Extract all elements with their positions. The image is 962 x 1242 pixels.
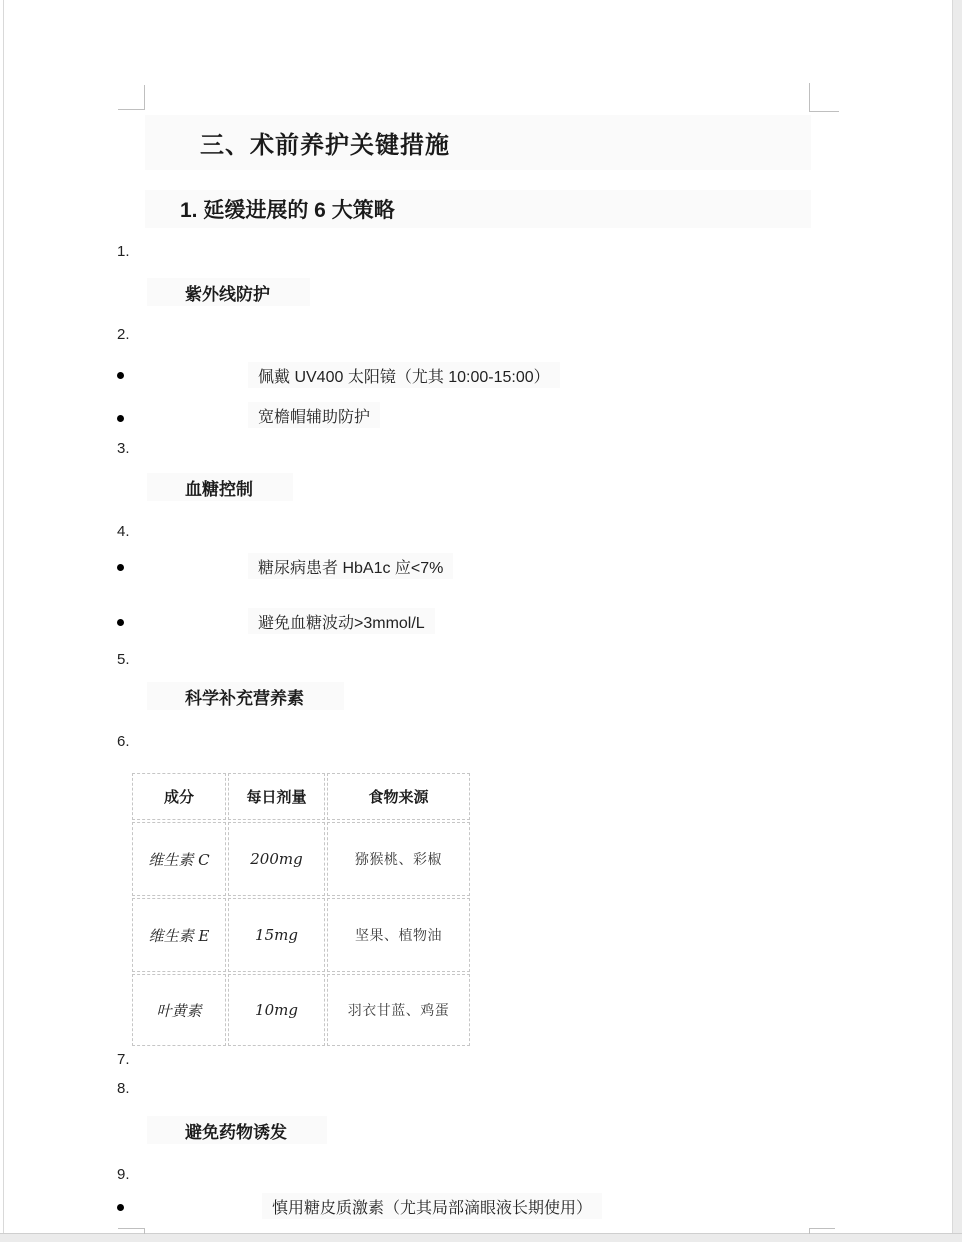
list-marker-1: 1. xyxy=(117,243,130,260)
list-marker-3: 3. xyxy=(117,440,130,457)
table-cell-dose: 15mg xyxy=(228,898,325,972)
bullet-icon xyxy=(117,619,124,626)
subheading-avoid-drugs: 避免药物诱发 xyxy=(147,1116,327,1144)
table-header-daily-dose: 每日剂量 xyxy=(228,773,325,820)
bullet-icon xyxy=(117,1204,124,1211)
subheading-blood-sugar: 血糖控制 xyxy=(147,473,293,501)
table-cell-source: 猕猴桃、彩椒 xyxy=(327,822,470,896)
bullet-icon xyxy=(117,372,124,379)
list-marker-9: 9. xyxy=(117,1166,130,1183)
crop-mark-top-right xyxy=(809,83,839,112)
crop-mark-bottom-right xyxy=(809,1228,835,1234)
bullet-icon xyxy=(117,564,124,571)
list-marker-8: 8. xyxy=(117,1080,130,1097)
crop-mark-top-left xyxy=(118,85,145,110)
list-marker-5: 5. xyxy=(117,651,130,668)
bullet-text-hat: 宽檐帽辅助防护 xyxy=(248,402,380,428)
document-page[interactable]: 三、术前养护关键措施 1. 延缓进展的 6 大策略 1. 2. 3. 4. 5.… xyxy=(0,0,962,1242)
list-marker-6: 6. xyxy=(117,733,130,750)
list-marker-2: 2. xyxy=(117,326,130,343)
table-header-food-source: 食物来源 xyxy=(327,773,470,820)
table-cell-source: 羽衣甘蓝、鸡蛋 xyxy=(327,974,470,1046)
list-marker-7: 7. xyxy=(117,1051,130,1068)
strategy-heading-band: 1. 延缓进展的 6 大策略 xyxy=(145,190,811,228)
page-edge-left xyxy=(3,0,4,1242)
table-cell-ingredient: 维生素 E xyxy=(132,898,226,972)
bullet-text-glucose-fluctuation: 避免血糖波动>3mmol/L xyxy=(248,608,435,634)
table-cell-dose: 10mg xyxy=(228,974,325,1046)
strategy-heading: 1. 延缓进展的 6 大策略 xyxy=(145,194,395,224)
subheading-uv-protection: 紫外线防护 xyxy=(147,278,310,306)
table-header-ingredient: 成分 xyxy=(132,773,226,820)
section-heading: 三、术前养护关键措施 xyxy=(145,125,450,160)
desk-background-bottom xyxy=(0,1233,962,1242)
table-cell-dose: 200mg xyxy=(228,822,325,896)
subheading-nutrients: 科学补充营养素 xyxy=(147,682,344,710)
bullet-text-hba1c: 糖尿病患者 HbA1c 应<7% xyxy=(248,553,453,579)
bullet-text-glucocorticoid: 慎用糖皮质激素（尤其局部滴眼液长期使用） xyxy=(262,1193,602,1219)
table-cell-source: 坚果、植物油 xyxy=(327,898,470,972)
bullet-text-sunglasses: 佩戴 UV400 太阳镜（尤其 10:00-15:00） xyxy=(248,362,560,388)
bullet-icon xyxy=(117,415,124,422)
table-cell-ingredient: 维生素 C xyxy=(132,822,226,896)
table-cell-ingredient: 叶黄素 xyxy=(132,974,226,1046)
section-heading-band: 三、术前养护关键措施 xyxy=(145,115,811,170)
crop-mark-bottom-left xyxy=(118,1228,145,1234)
desk-background-right xyxy=(953,0,962,1242)
list-marker-4: 4. xyxy=(117,523,130,540)
nutrient-table: 成分 每日剂量 食物来源 维生素 C 200mg 猕猴桃、彩椒 维生素 E 15… xyxy=(132,773,470,1046)
